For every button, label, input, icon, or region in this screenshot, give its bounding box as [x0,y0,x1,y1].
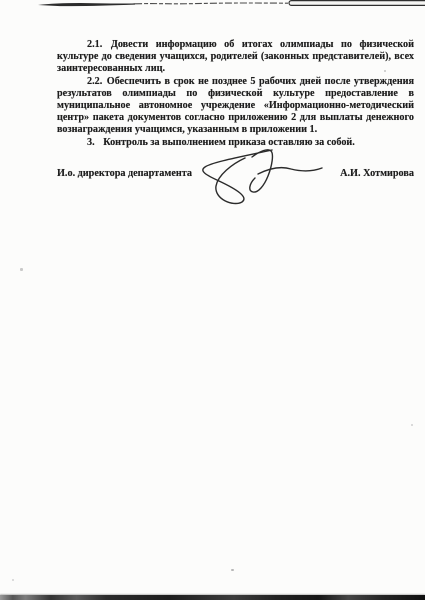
scan-noise-speck [411,424,413,426]
handwritten-signature [195,140,330,208]
paragraph-text: Обеспечить в срок не позднее 5 рабочих д… [57,76,414,136]
scanned-document-page: 2.1. Довести информацию об итогах олимпи… [0,0,425,600]
signer-name: А.И. Хотмирова [340,168,414,180]
scan-top-edge-artifact [0,0,425,12]
paragraph-2-2: 2.2. Обеспечить в срок не позднее 5 рабо… [57,76,414,137]
scan-noise-speck [231,569,234,571]
paragraph-number: 2.2. [87,76,103,87]
scan-noise-speck [12,579,14,581]
paragraph-2-1: 2.1. Довести информацию об итогах олимпи… [57,39,414,76]
signer-position-label: И.о. директора департамента [57,168,192,180]
scan-bottom-edge-artifact [0,595,425,600]
paragraph-number: 3. [87,137,101,148]
paragraph-text: Довести информацию об итогах олимпиады п… [57,39,414,74]
scan-noise-speck [384,70,386,72]
paragraph-number: 2.1. [87,39,103,50]
scan-noise-speck [20,268,23,271]
